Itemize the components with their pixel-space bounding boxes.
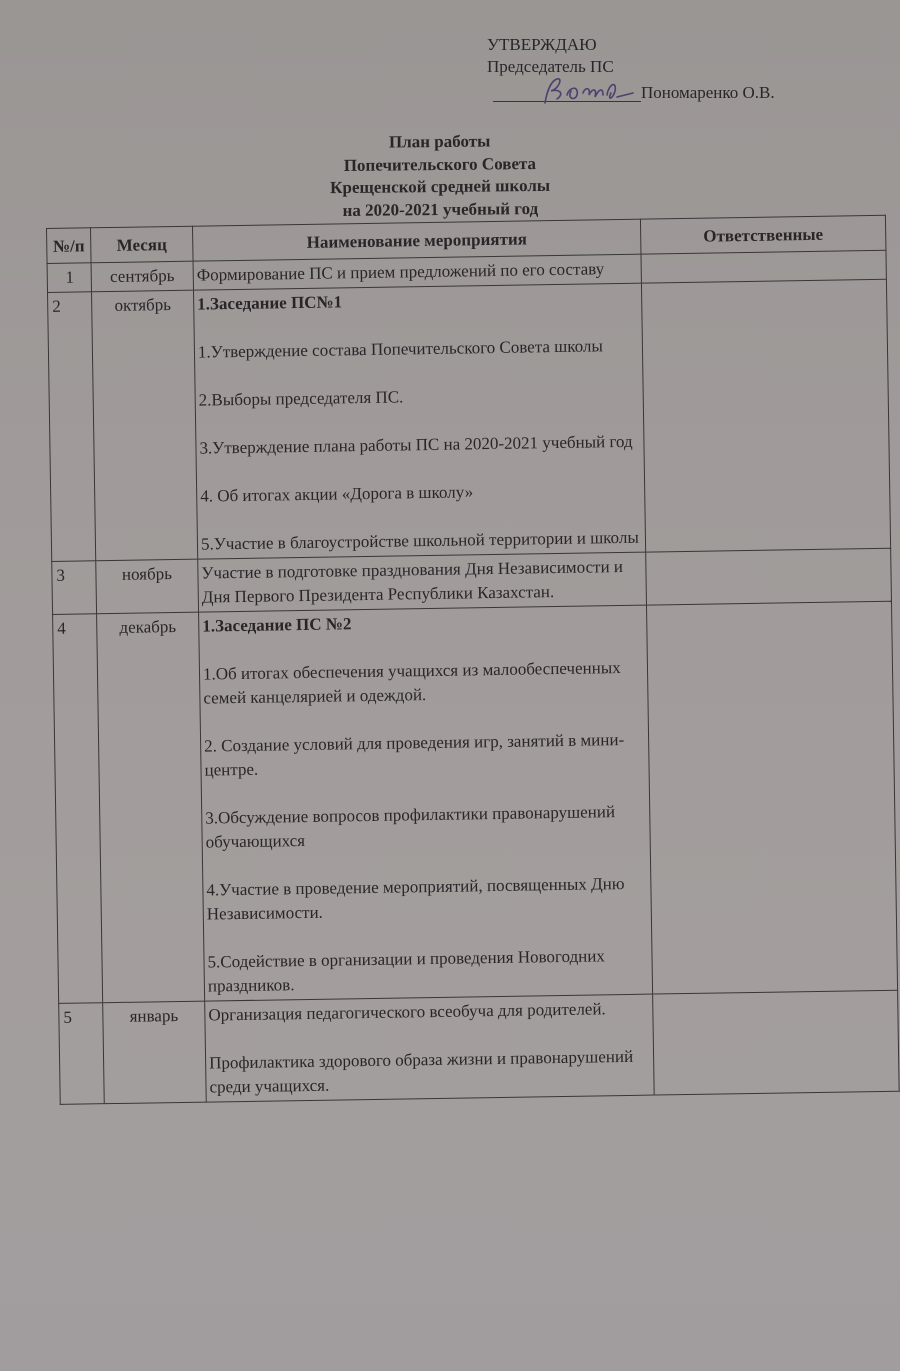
- header-month: Месяц: [91, 226, 194, 263]
- row-number: 1: [47, 263, 91, 293]
- row-responsible: [646, 548, 892, 605]
- table-row: 5январьОрганизация педагогического всеоб…: [59, 990, 899, 1104]
- signature-line: Пономаренко О.В.: [487, 79, 817, 103]
- event-item: 5.Участие в благоустройстве школьной тер…: [201, 526, 642, 557]
- row-month: январь: [103, 1001, 207, 1104]
- row-number: 5: [59, 1003, 105, 1105]
- row-responsible: [641, 250, 886, 283]
- event-item: 1.Утверждение состава Попечительского Со…: [198, 334, 639, 365]
- plan-table: №/п Месяц Наименование мероприятия Ответ…: [46, 215, 900, 1105]
- title-line: на 2020-2021 учебный год: [290, 197, 590, 223]
- row-number: 4: [53, 614, 103, 1004]
- event-item: 3.Утверждение плана работы ПС на 2020-20…: [199, 430, 640, 461]
- row-responsible: [646, 601, 897, 994]
- event-item: 2.Выборы председателя ПС.: [199, 382, 640, 413]
- row-month: ноябрь: [96, 559, 199, 614]
- event-item: 4.Участие в проведение мероприятий, посв…: [206, 872, 648, 927]
- document-title: План работы Попечительского Совета Креще…: [290, 129, 591, 222]
- row-responsible: [641, 279, 890, 552]
- header-responsible: Ответственные: [640, 215, 886, 254]
- row-number: 2: [48, 292, 96, 562]
- row-month: декабрь: [97, 612, 205, 1003]
- event-item: Организация педагогического всеобуча для…: [208, 997, 649, 1028]
- row-event: 1.Заседание ПС№11.Утверждение состава По…: [193, 283, 645, 559]
- event-item: Участие в подготовке празднования Дня Не…: [201, 555, 643, 610]
- row-number: 3: [52, 561, 97, 615]
- row-event: Участие в подготовке празднования Дня Не…: [198, 552, 647, 612]
- approval-stamp: УТВЕРЖДАЮ: [487, 34, 817, 56]
- row-responsible: [653, 990, 900, 1095]
- event-item: 2. Создание условий для проведения игр, …: [204, 728, 646, 783]
- meeting-heading: 1.Заседание ПС№1: [197, 286, 638, 317]
- event-item: 4. Об итогах акции «Дорога в школу»: [200, 478, 641, 509]
- handwritten-signature-icon: [537, 73, 647, 107]
- event-item: Формирование ПС и прием предложений по е…: [197, 257, 638, 288]
- plan-table-container: №/п Месяц Наименование мероприятия Ответ…: [46, 215, 900, 1105]
- event-item: 5.Содействие в организации и проведения …: [207, 944, 649, 999]
- signer-name: Пономаренко О.В.: [641, 82, 775, 104]
- table-row: 2октябрь1.Заседание ПС№11.Утверждение со…: [48, 279, 891, 561]
- title-line: Попечительского Совета: [290, 152, 590, 178]
- row-month: сентябрь: [91, 261, 193, 292]
- title-line: План работы: [290, 129, 590, 155]
- approval-block: УТВЕРЖДАЮ Председатель ПС Пономаренко О.…: [487, 34, 817, 103]
- row-month: октябрь: [92, 290, 198, 561]
- table-row: 4декабрь1.Заседание ПС №21.Об итогах обе…: [53, 601, 898, 1003]
- title-line: Крещенской средней школы: [290, 174, 590, 200]
- meeting-heading: 1.Заседание ПС №2: [202, 608, 643, 639]
- event-item: Профилактика здорового образа жизни и пр…: [209, 1045, 651, 1100]
- row-event: Организация педагогического всеобуча для…: [205, 994, 655, 1102]
- row-event: 1.Заседание ПС №21.Об итогах обеспечения…: [199, 605, 653, 1001]
- event-item: 1.Об итогах обеспечения учащихся из мало…: [203, 656, 645, 711]
- event-item: 3.Обсуждение вопросов профилактики право…: [205, 800, 647, 855]
- header-num: №/п: [47, 228, 92, 264]
